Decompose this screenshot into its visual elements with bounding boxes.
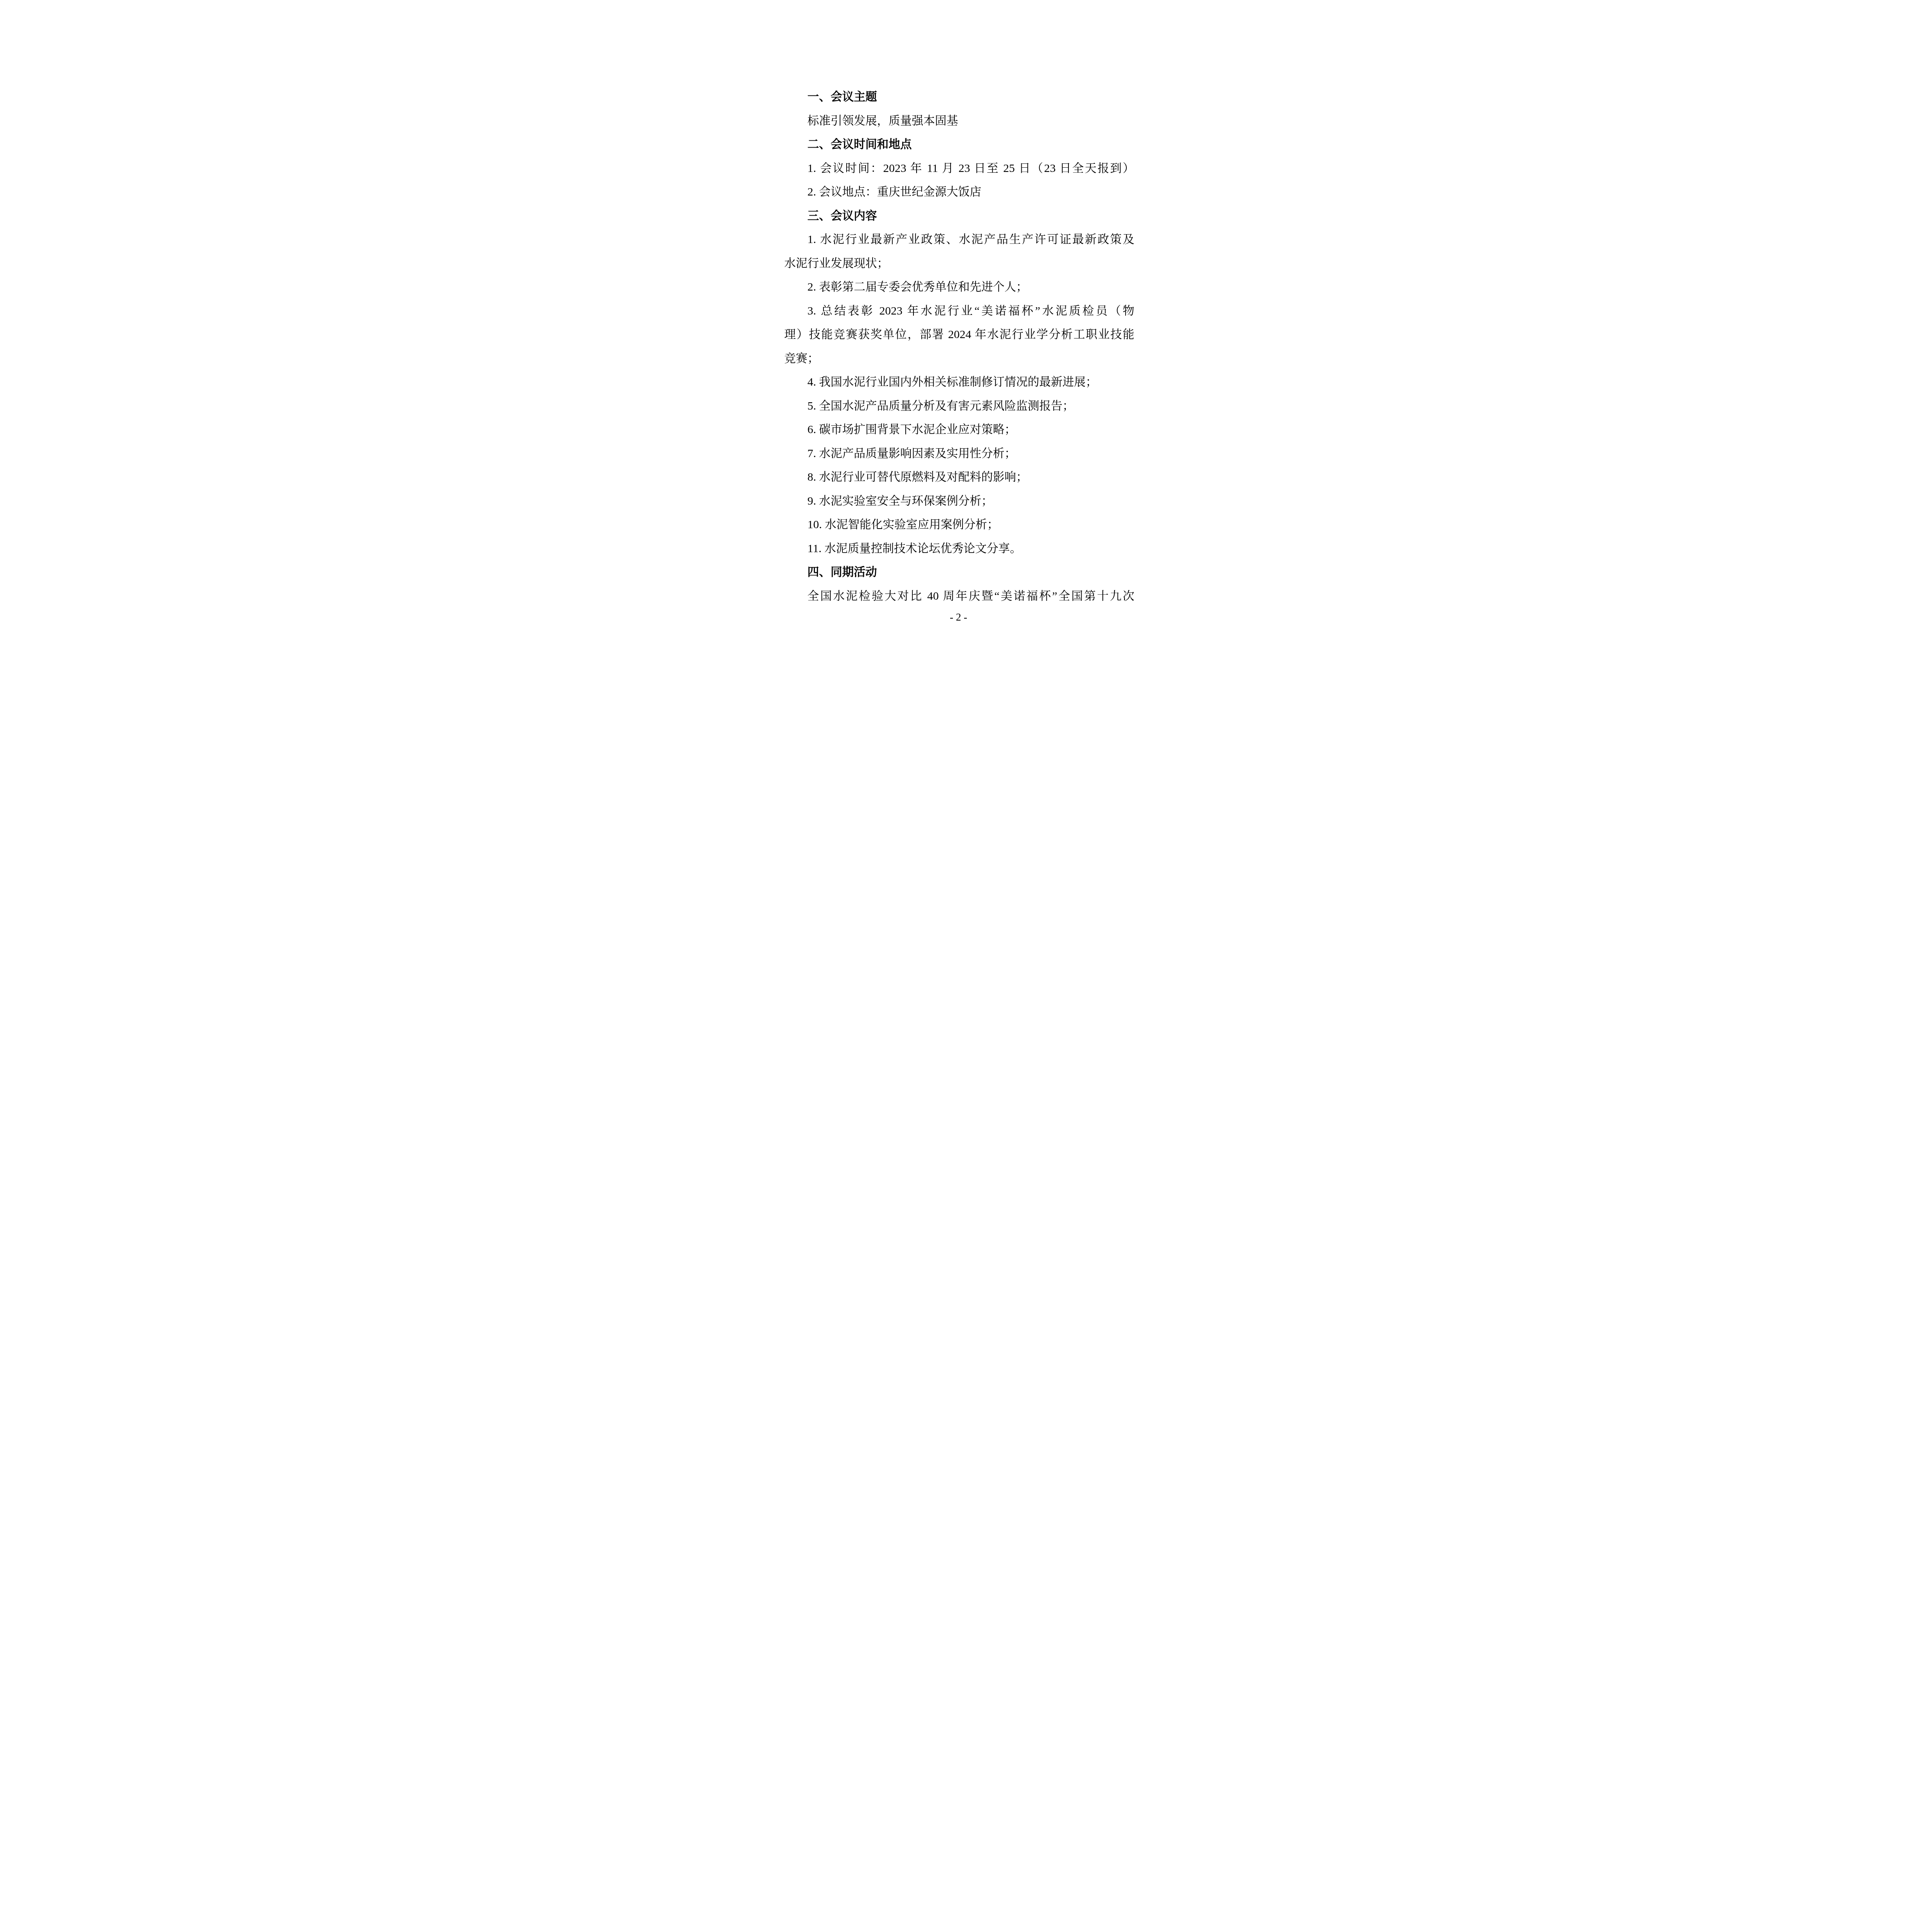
page-number: - 2 - — [719, 607, 1198, 627]
heading-meeting-theme: 一、会议主题 — [784, 85, 1135, 109]
document-page: 一、会议主题 标准引领发展，质量强本固基 二、会议时间和地点 1. 会议时间：2… — [719, 0, 1198, 678]
content-item-2: 2. 表彰第二届专委会优秀单位和先进个人； — [784, 275, 1135, 299]
heading-concurrent-activities: 四、同期活动 — [784, 560, 1135, 584]
content-item-3-line-2: 理）技能竞赛获奖单位，部署 2024 年水泥行业学分析工职业技能 — [784, 323, 1135, 347]
content-item-3-line-3: 竞赛； — [784, 347, 1135, 371]
paragraph-activities-line-1: 全国水泥检验大对比 40 周年庆暨“美诺福杯”全国第十九次 — [784, 584, 1135, 608]
content-item-9: 9. 水泥实验室安全与环保案例分析； — [784, 489, 1135, 513]
paragraph-theme-text: 标准引领发展，质量强本固基 — [784, 109, 1135, 133]
heading-meeting-content: 三、会议内容 — [784, 204, 1135, 228]
heading-meeting-time-location: 二、会议时间和地点 — [784, 133, 1135, 156]
item-meeting-location: 2. 会议地点：重庆世纪金源大饭店 — [784, 180, 1135, 204]
content-item-5: 5. 全国水泥产品质量分析及有害元素风险监测报告； — [784, 394, 1135, 418]
content-item-6: 6. 碳市场扩围背景下水泥企业应对策略； — [784, 418, 1135, 442]
content-item-3-line-1: 3. 总结表彰 2023 年水泥行业“美诺福杯”水泥质检员（物 — [784, 299, 1135, 323]
content-item-7: 7. 水泥产品质量影响因素及实用性分析； — [784, 442, 1135, 466]
item-meeting-time: 1. 会议时间：2023 年 11 月 23 日至 25 日（23 日全天报到） — [784, 156, 1135, 180]
content-item-1-line-1: 1. 水泥行业最新产业政策、水泥产品生产许可证最新政策及 — [784, 228, 1135, 252]
content-item-1-line-2: 水泥行业发展现状； — [784, 252, 1135, 276]
document-body: 一、会议主题 标准引领发展，质量强本固基 二、会议时间和地点 1. 会议时间：2… — [784, 85, 1135, 608]
content-item-4: 4. 我国水泥行业国内外相关标准制修订情况的最新进展； — [784, 370, 1135, 394]
content-item-11: 11. 水泥质量控制技术论坛优秀论文分享。 — [784, 537, 1135, 561]
content-item-8: 8. 水泥行业可替代原燃料及对配料的影响； — [784, 465, 1135, 489]
content-item-10: 10. 水泥智能化实验室应用案例分析； — [784, 513, 1135, 537]
